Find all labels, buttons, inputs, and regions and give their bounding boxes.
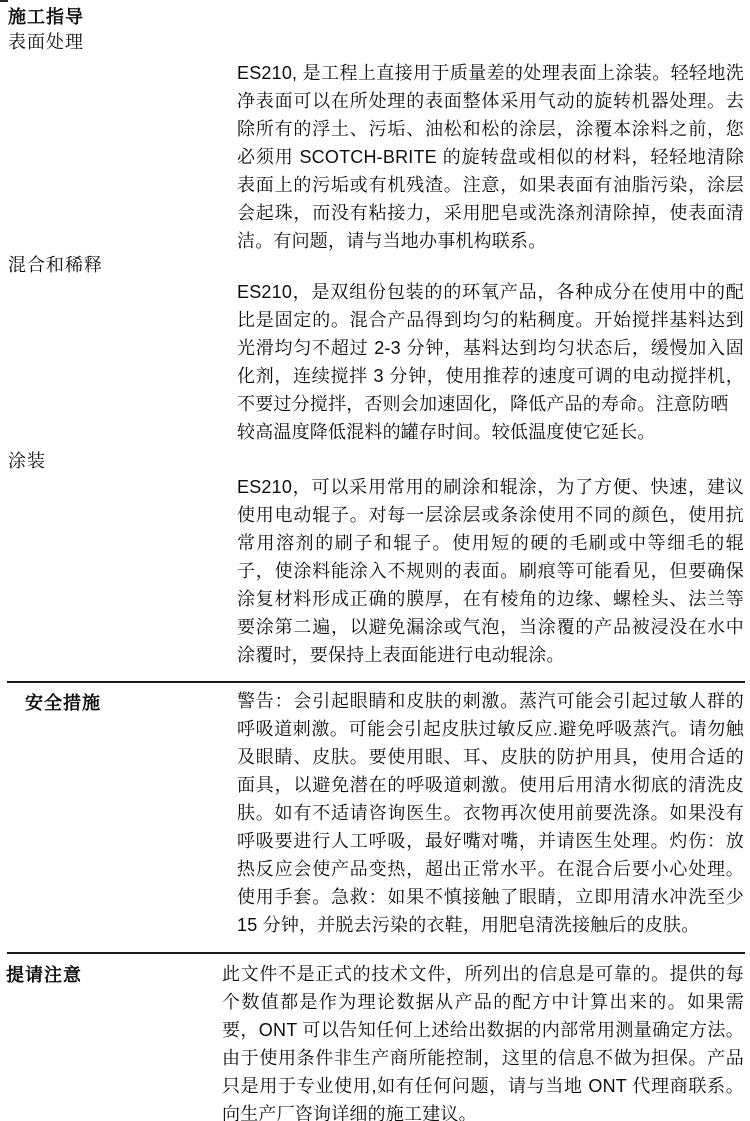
paragraph-coating: ES210，可以采用常用的刷涂和辊涂，为了方便、快速，建议使用电动辊子。对每一层… (237, 473, 744, 669)
section-label-mixing-dilution: 混合和稀释 (8, 251, 103, 277)
paragraph-notice: 此文件不是正式的技术文件，所列出的信息是可靠的。提供的每个数值都是作为理论数据从… (222, 960, 744, 1121)
section-label-coating: 涂装 (8, 447, 46, 473)
separator-above-safety (7, 681, 745, 683)
paragraph-mixing-dilution: ES210，是双组份包装的的环氧产品，各种成分在使用中的配比是固定的。混合产品得… (237, 278, 744, 446)
separator-above-notice (7, 952, 745, 954)
paragraph-safety-measures: 警告：会引起眼睛和皮肤的刺激。蒸汽可能会引起过敏人群的呼吸道刺激。可能会引起皮肤… (237, 687, 744, 939)
section-label-surface-treatment: 表面处理 (8, 28, 84, 54)
scan-corner-mark (0, 0, 8, 2)
page-title: 施工指导 (8, 3, 84, 29)
section-label-notice: 提请注意 (6, 961, 82, 987)
document-page: 施工指导 表面处理 ES210, 是工程上直接用于质量差的处理表面上涂装。轻轻地… (0, 0, 750, 1121)
section-label-safety-measures: 安全措施 (25, 689, 101, 715)
paragraph-surface-treatment: ES210, 是工程上直接用于质量差的处理表面上涂装。轻轻地洗净表面可以在所处理… (237, 59, 744, 255)
